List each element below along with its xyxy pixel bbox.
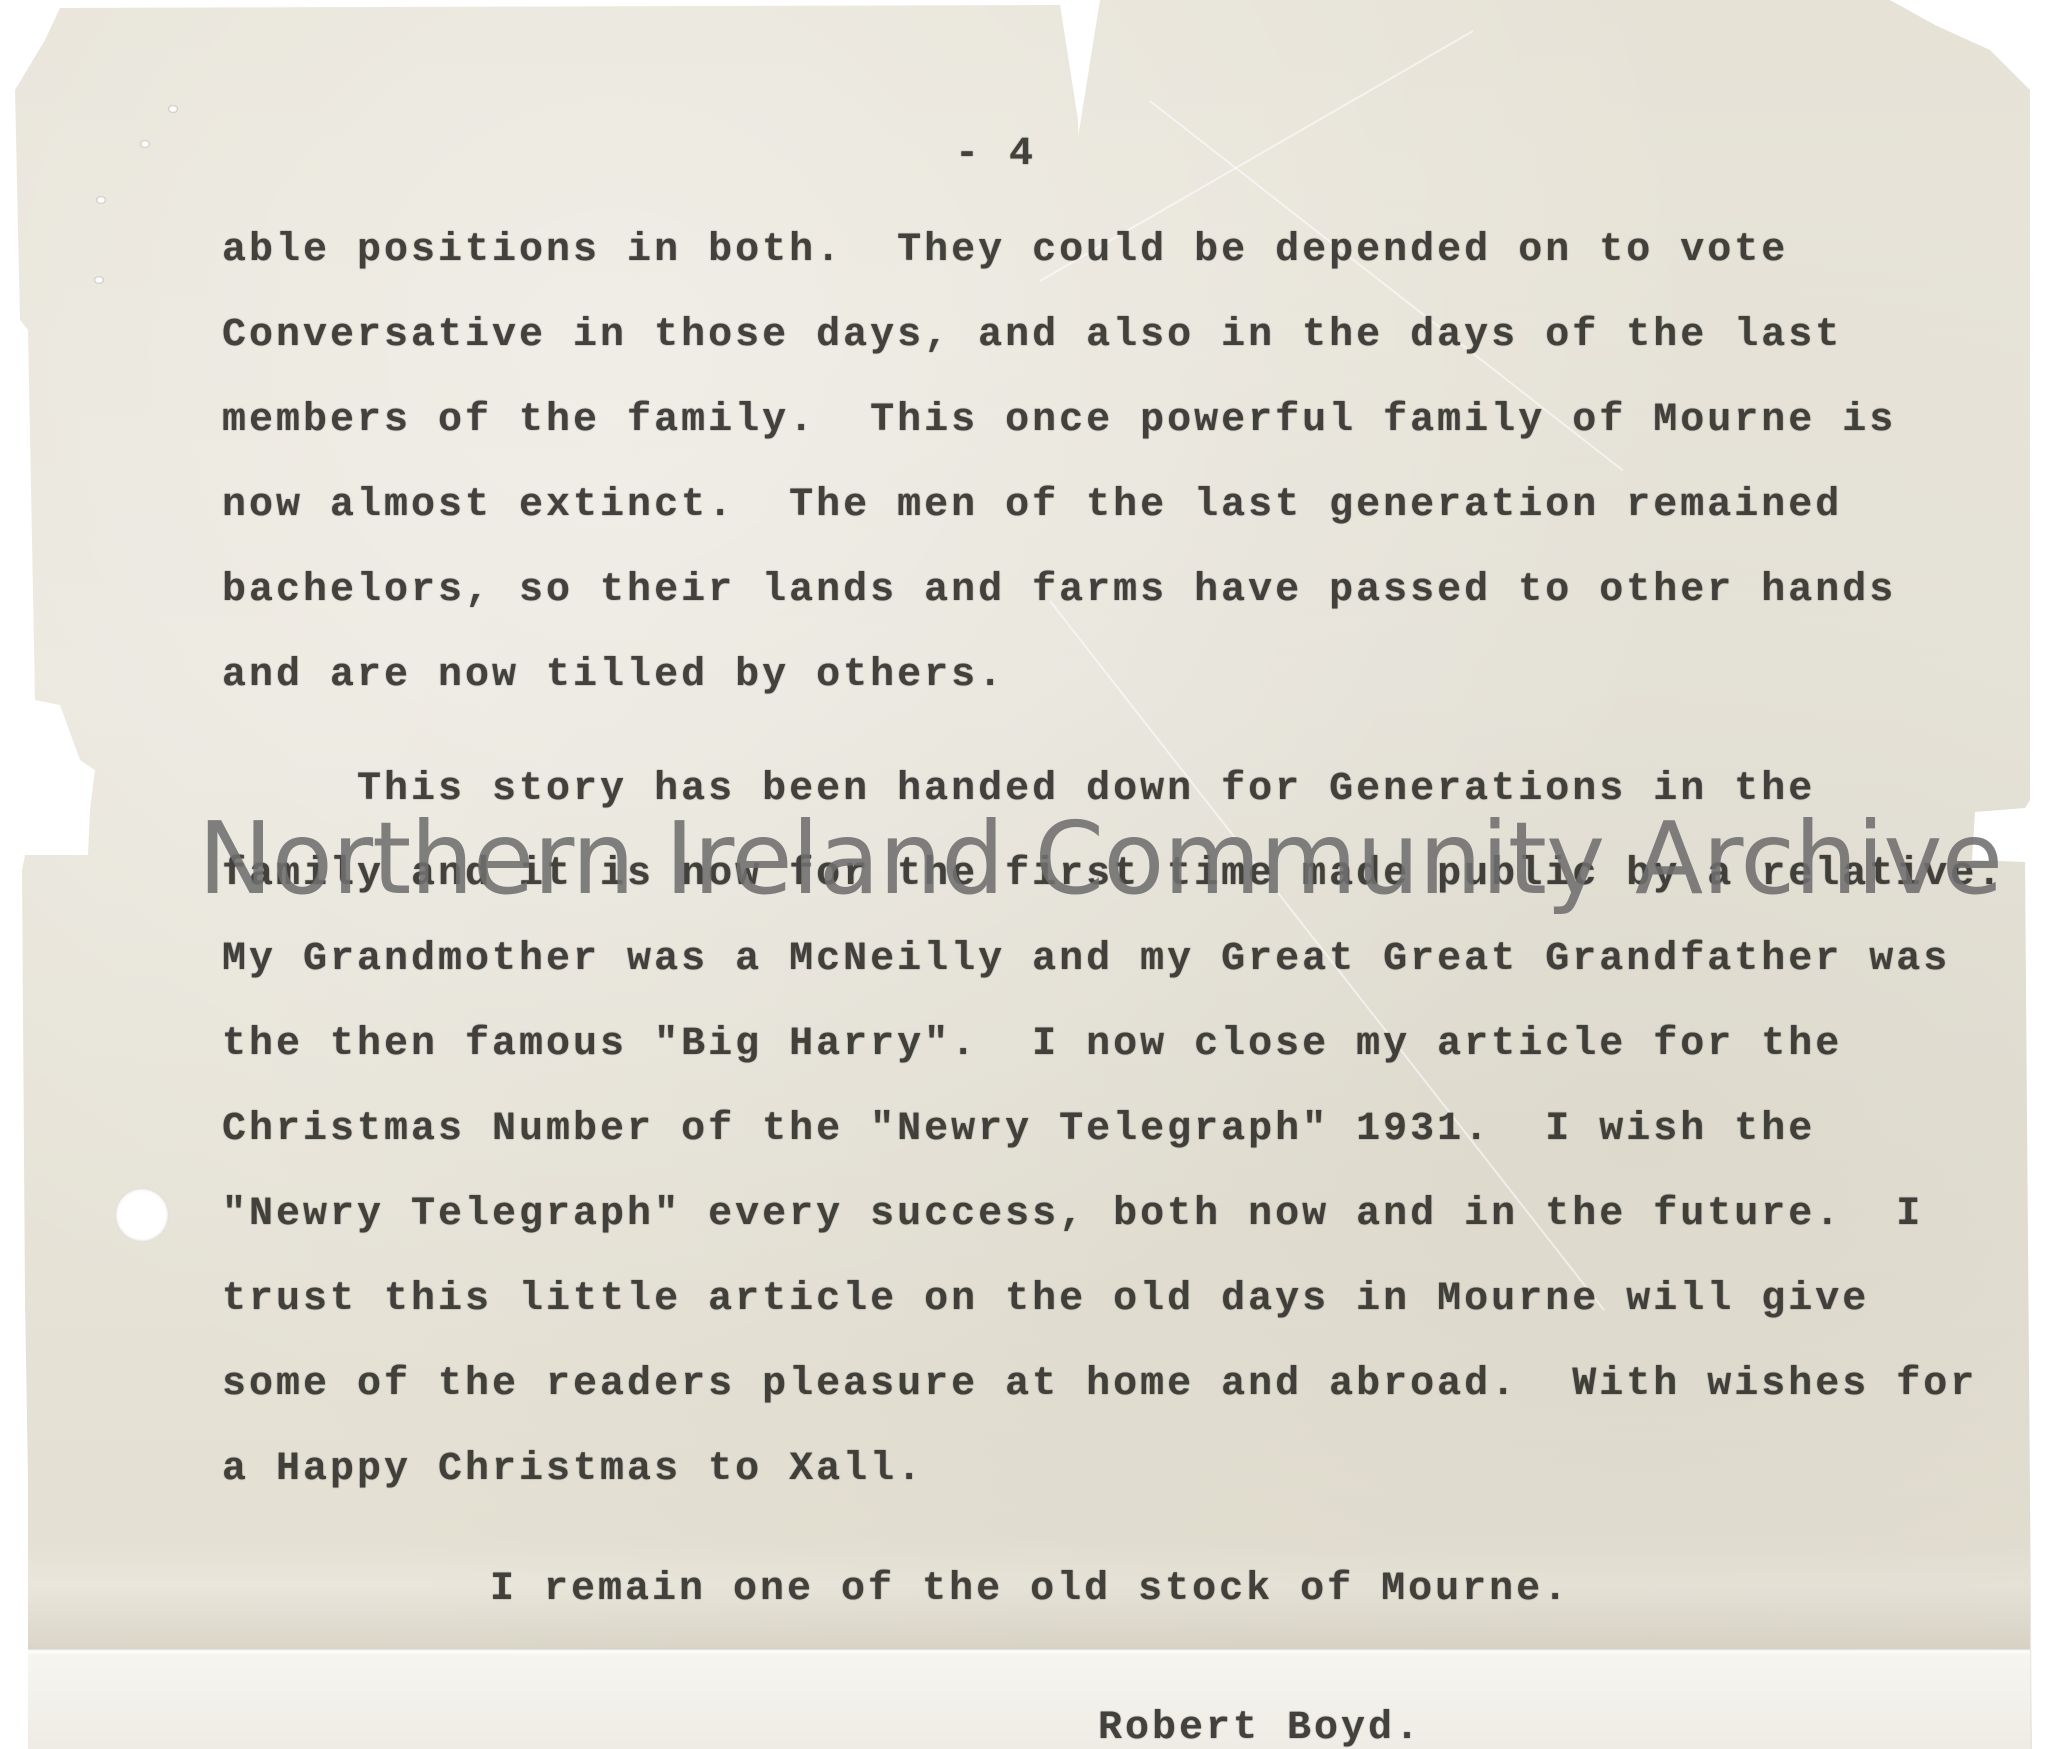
pin-hole	[168, 105, 178, 113]
punch-hole	[115, 1188, 169, 1242]
archive-watermark: Northern Ireland Community Archive	[198, 800, 2002, 917]
text-line: now almost extinct. The men of the last …	[222, 483, 1842, 528]
pin-hole	[96, 196, 106, 204]
page-number: - 4	[955, 132, 1036, 177]
text-line: some of the readers pleasure at home and…	[222, 1362, 1977, 1407]
text-line: bachelors, so their lands and farms have…	[222, 568, 1896, 613]
text-line: a Happy Christmas to Xall.	[222, 1447, 924, 1492]
text-line: trust this little article on the old day…	[222, 1277, 1869, 1322]
text-line: Christmas Number of the "Newry Telegraph…	[222, 1107, 1815, 1152]
text-line: members of the family. This once powerfu…	[222, 398, 1896, 443]
folded-flap	[28, 1654, 2030, 1749]
fold-line	[28, 1648, 2030, 1654]
text-line: My Grandmother was a McNeilly and my Gre…	[222, 937, 1950, 982]
signature: Robert Boyd.	[1098, 1706, 1422, 1749]
text-line: Conversative in those days, and also in …	[222, 313, 1842, 358]
pin-hole	[94, 276, 104, 284]
text-line: able positions in both. They could be de…	[222, 228, 1788, 273]
closing-line: I remain one of the old stock of Mourne.	[490, 1567, 1570, 1612]
text-line: the then famous "Big Harry". I now close…	[222, 1022, 1842, 1067]
text-line: "Newry Telegraph" every success, both no…	[222, 1192, 1923, 1237]
pin-hole	[140, 140, 150, 148]
text-line: and are now tilled by others.	[222, 653, 1005, 698]
